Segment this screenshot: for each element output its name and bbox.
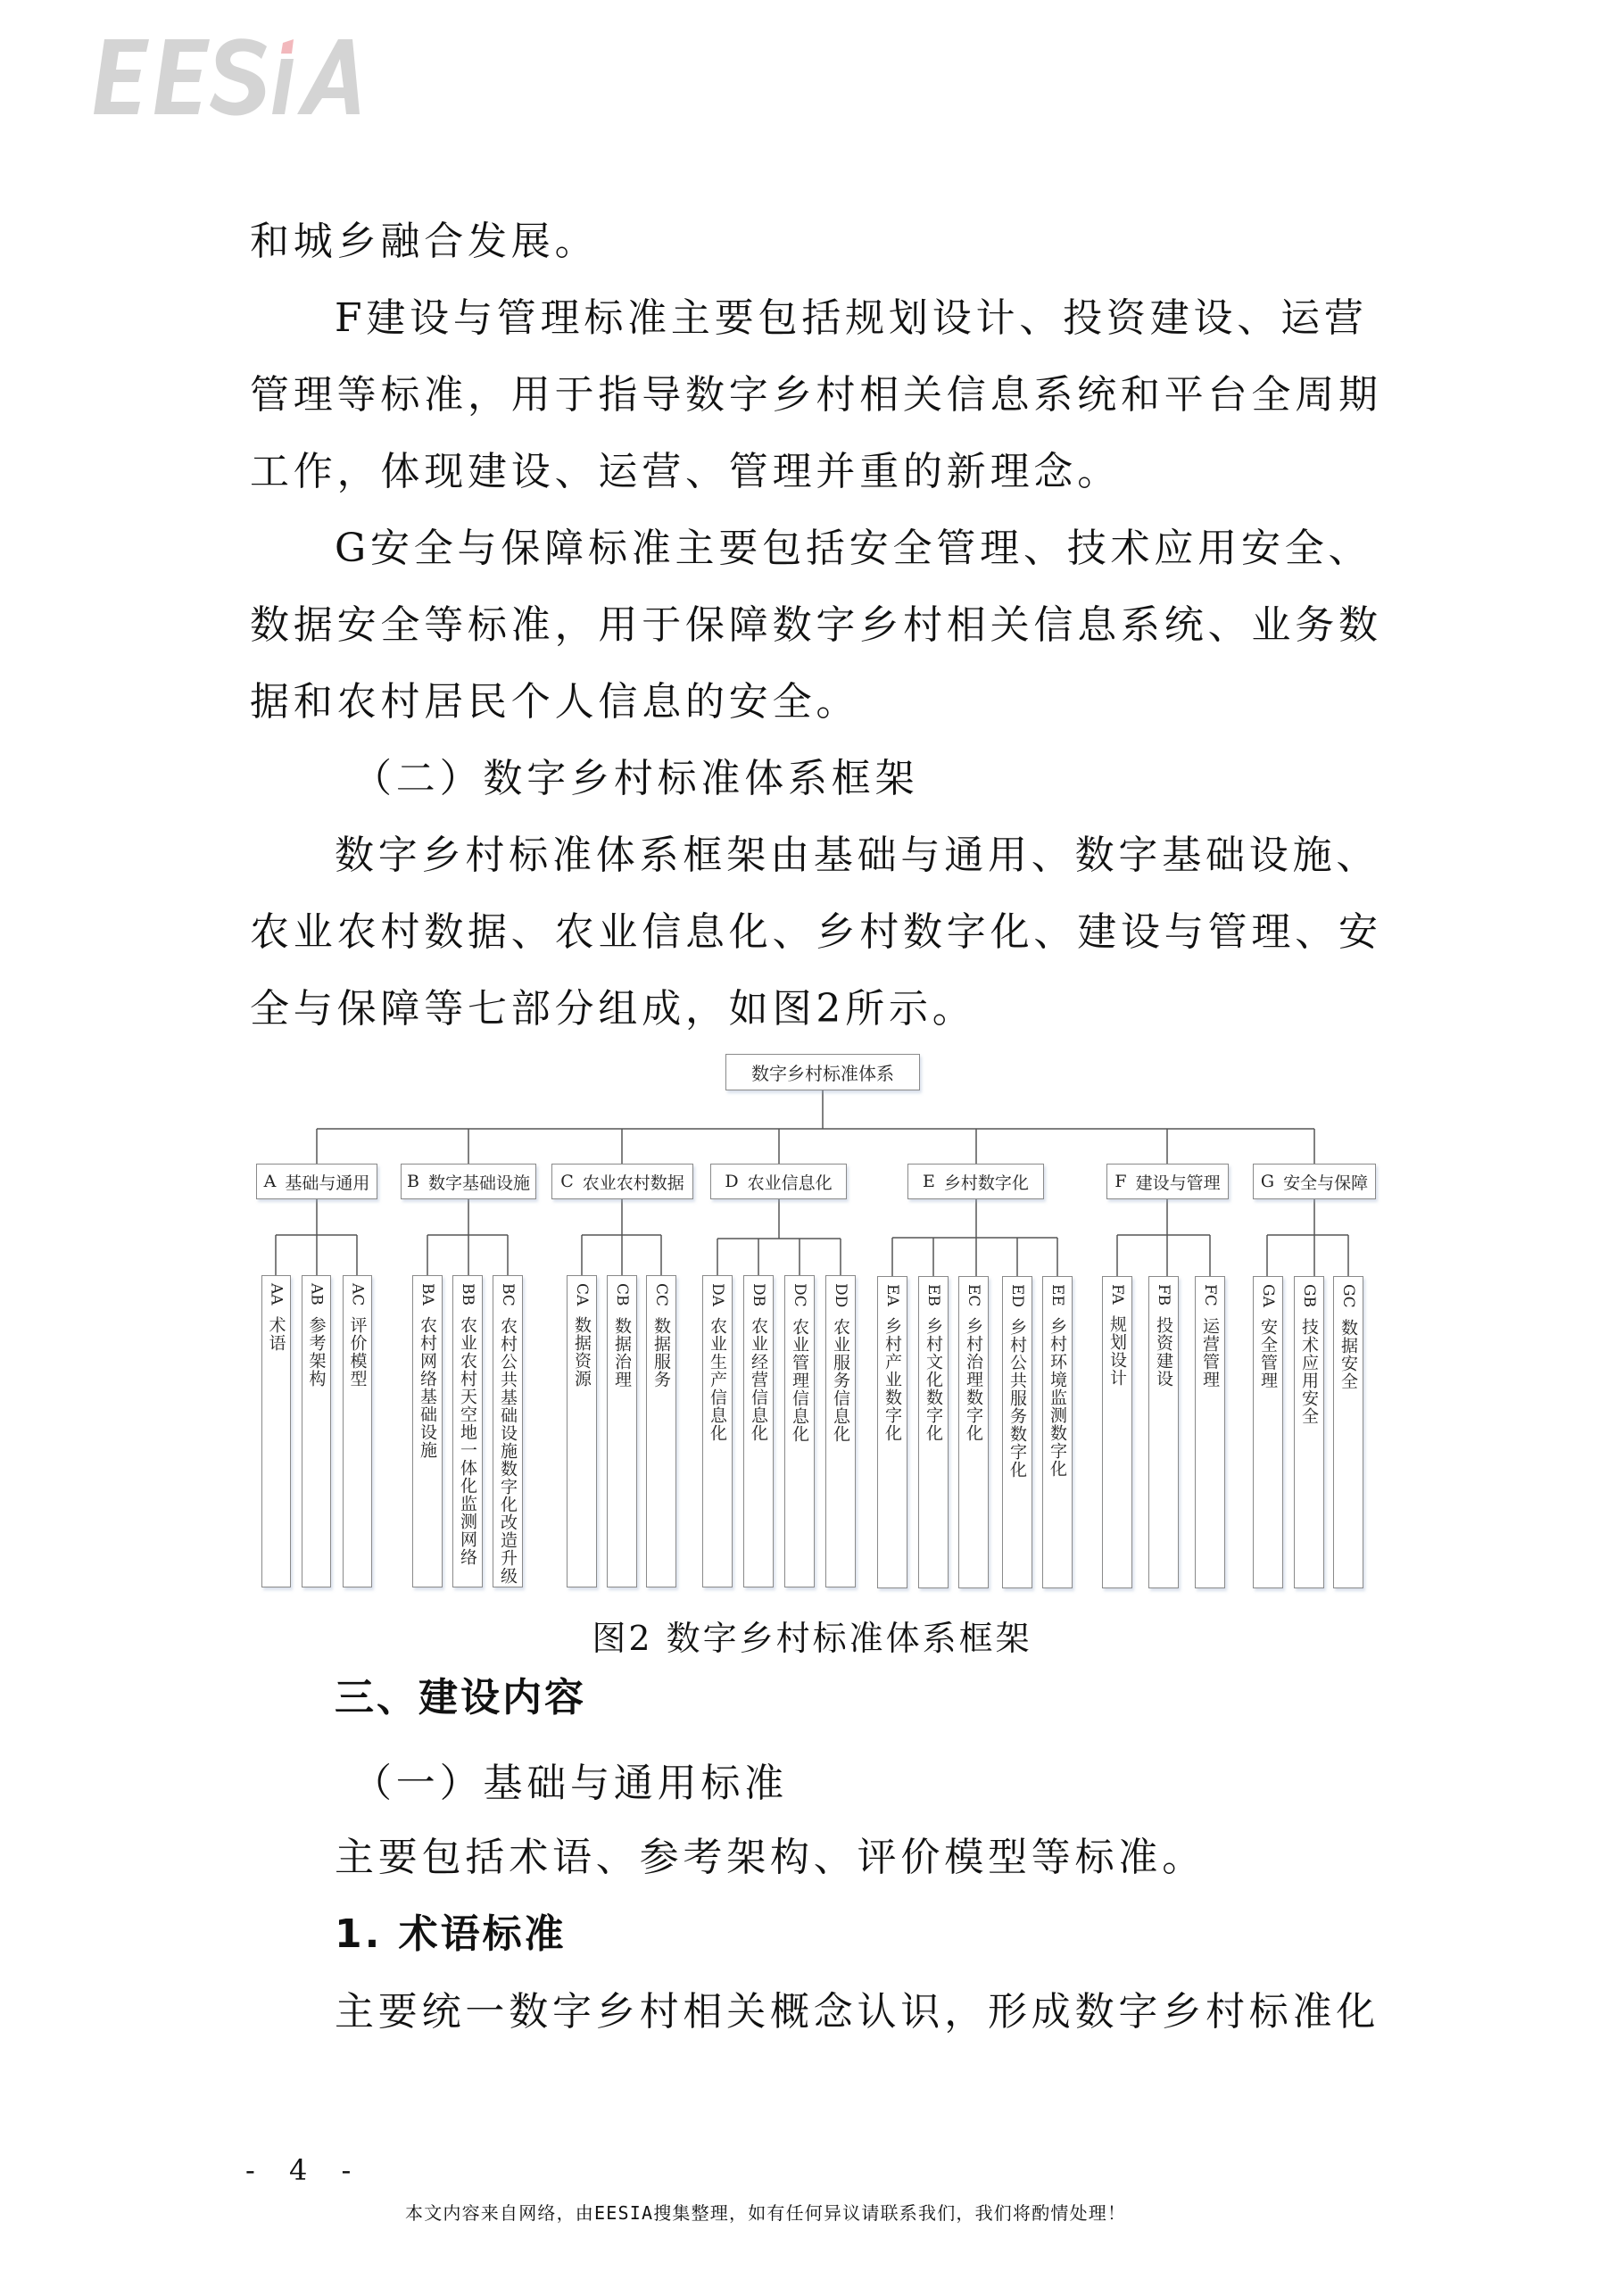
paragraph-g-line: 据和农村居民个人信息的安全。	[250, 680, 859, 725]
section-2-paragraph-line: 数字乡村标准体系框架由基础与通用、数字基础设施、	[335, 833, 1380, 878]
category-e-node: E乡村数字化	[907, 1164, 1044, 1199]
paragraph-f-line: 工作，体现建设、运营、管理并重的新理念。	[250, 450, 1121, 494]
leaf-node-fa: FA规划设计	[1102, 1276, 1132, 1588]
category-code: E	[923, 1172, 935, 1191]
leaf-code: FC	[1196, 1284, 1224, 1306]
leaf-code: DA	[703, 1283, 732, 1306]
leaf-label: 农业生产信息化	[703, 1317, 732, 1442]
subsection-1-text: 主要包括术语、参考架构、评价模型等标准。	[335, 1836, 1206, 1880]
leaf-label: 农村公共基础设施数字化改造升级	[493, 1317, 522, 1585]
leaf-label: 乡村产业数字化	[878, 1317, 907, 1442]
leaf-code: CA	[568, 1283, 596, 1305]
paragraph-f-line: F建设与管理标准主要包括规划设计、投资建设、运营	[335, 296, 1368, 341]
leaf-label: 运营管理	[1196, 1317, 1224, 1388]
leaf-label: 术语	[262, 1316, 291, 1352]
leaf-node-cb: CB数据治理	[607, 1275, 637, 1587]
leaf-code: FB	[1149, 1284, 1178, 1305]
leaf-node-bb: BB农业农村天空地一体化监测网络	[452, 1275, 483, 1587]
category-d-node: D农业信息化	[710, 1164, 847, 1199]
category-label: 建设与管理	[1136, 1170, 1221, 1194]
paragraph-f-line: 管理等标准，用于指导数字乡村相关信息系统和平台全周期	[250, 373, 1382, 418]
leaf-label: 数据资源	[568, 1316, 596, 1388]
category-f-node: F建设与管理	[1106, 1164, 1229, 1199]
category-label: 农业信息化	[748, 1170, 833, 1194]
leaf-node-ea: EA乡村产业数字化	[877, 1276, 907, 1588]
logo-accent	[281, 39, 294, 54]
leaf-label: 参考架构	[302, 1316, 331, 1388]
leaf-label: 乡村公共服务数字化	[1003, 1318, 1032, 1479]
footer-disclaimer: 本文内容来自网络，由EESIA搜集整理，如有任何异议请联系我们，我们将酌情处理！	[405, 2202, 1126, 2224]
leaf-node-dd: DD农业服务信息化	[825, 1275, 856, 1587]
root-label: 数字乡村标准体系	[751, 1059, 894, 1085]
category-label: 基础与通用	[285, 1170, 369, 1194]
category-code: D	[725, 1172, 738, 1191]
leaf-label: 数据服务	[647, 1317, 675, 1388]
diagram-root-node: 数字乡村标准体系	[725, 1054, 920, 1090]
leaf-label: 乡村治理数字化	[959, 1317, 988, 1442]
leaf-code: CC	[647, 1283, 675, 1306]
leaf-code: GB	[1295, 1284, 1323, 1307]
subsection-1-heading: （一）基础与通用标准	[352, 1761, 788, 1806]
leaf-code: AA	[262, 1283, 291, 1305]
leaf-code: BB	[453, 1283, 482, 1305]
category-code: A	[264, 1172, 277, 1191]
eesia-logo-icon	[92, 36, 388, 118]
leaf-node-aa: AA术语	[261, 1275, 291, 1587]
leaf-code: GC	[1334, 1284, 1363, 1308]
leaf-code: AB	[302, 1283, 331, 1305]
leaf-label: 农业经营信息化	[744, 1317, 773, 1442]
leaf-label: 数据安全	[1334, 1319, 1363, 1390]
leaf-node-ec: EC乡村治理数字化	[958, 1276, 989, 1588]
leaf-label: 农业服务信息化	[826, 1318, 855, 1443]
section-2-paragraph-line: 农业农村数据、农业信息化、乡村数字化、建设与管理、安	[250, 910, 1382, 955]
leaf-label: 农业农村天空地一体化监测网络	[453, 1316, 482, 1566]
category-label: 乡村数字化	[944, 1170, 1029, 1194]
section-3-heading: 三、建设内容	[335, 1676, 586, 1720]
leaf-code: AC	[344, 1283, 372, 1305]
leaf-node-ba: BA农村网络基础设施	[412, 1275, 443, 1587]
leaf-label: 规划设计	[1103, 1315, 1131, 1387]
category-c-node: C农业农村数据	[551, 1164, 693, 1199]
leaf-node-da: DA农业生产信息化	[702, 1275, 733, 1587]
category-g-node: G安全与保障	[1253, 1164, 1376, 1199]
leaf-label: 数据治理	[608, 1317, 636, 1388]
leaf-label: 乡村文化数字化	[919, 1317, 948, 1442]
leaf-code: FA	[1103, 1284, 1131, 1305]
leaf-node-ga: GA安全管理	[1253, 1276, 1283, 1588]
leaf-node-cc: CC数据服务	[646, 1275, 676, 1587]
section-2-paragraph-line: 全与保障等七部分组成，如图2所示。	[250, 987, 976, 1032]
section-2-heading: （二）数字乡村标准体系框架	[352, 757, 918, 801]
leaf-code: DC	[785, 1283, 814, 1307]
leaf-code: DD	[826, 1283, 855, 1307]
page-number: - 4 -	[245, 2154, 363, 2186]
leaf-node-bc: BC农村公共基础设施数字化改造升级	[493, 1275, 523, 1587]
leaf-label: 投资建设	[1149, 1316, 1178, 1388]
leaf-node-ac: AC评价模型	[343, 1275, 372, 1587]
diagram-connectors	[0, 0, 1624, 2296]
eesia-logo	[92, 36, 388, 118]
leaf-code: GA	[1254, 1284, 1282, 1307]
leaf-label: 安全管理	[1254, 1318, 1282, 1389]
leaf-node-ee: EE乡村环境监测数字化	[1042, 1276, 1073, 1588]
paragraph-line: 和城乡融合发展。	[250, 220, 598, 264]
figure-caption: 图2 数字乡村标准体系框架	[0, 1619, 1624, 1658]
paragraph-g-line: G安全与保障标准主要包括安全管理、技术应用安全、	[335, 526, 1371, 571]
leaf-node-eb: EB乡村文化数字化	[918, 1276, 949, 1588]
leaf-node-ed: ED乡村公共服务数字化	[1002, 1276, 1032, 1588]
category-code: B	[407, 1172, 419, 1191]
leaf-label: 技术应用安全	[1295, 1318, 1323, 1425]
leaf-code: BC	[493, 1283, 522, 1306]
category-code: F	[1114, 1172, 1126, 1191]
paragraph-g-line: 数据安全等标准，用于保障数字乡村相关信息系统、业务数	[250, 603, 1382, 648]
leaf-code: EA	[878, 1284, 907, 1306]
leaf-node-db: DB农业经营信息化	[743, 1275, 774, 1587]
leaf-code: CB	[608, 1283, 636, 1306]
leaf-code: EE	[1043, 1284, 1072, 1306]
item-1-text: 主要统一数字乡村相关概念认识，形成数字乡村标准化	[335, 1990, 1380, 2035]
leaf-label: 乡村环境监测数字化	[1043, 1317, 1072, 1478]
category-label: 安全与保障	[1283, 1170, 1368, 1194]
leaf-label: 评价模型	[344, 1316, 372, 1388]
leaf-node-ab: AB参考架构	[302, 1275, 331, 1587]
category-label: 数字基础设施	[428, 1170, 530, 1194]
leaf-node-ca: CA数据资源	[567, 1275, 597, 1587]
standards-framework-diagram: 数字乡村标准体系 A基础与通用 B数字基础设施 C农业农村数据 D农业信息化 E…	[0, 0, 1624, 2296]
leaf-node-fc: FC运营管理	[1195, 1276, 1225, 1588]
category-code: G	[1261, 1172, 1274, 1191]
category-a-node: A基础与通用	[256, 1164, 377, 1199]
leaf-code: EB	[919, 1284, 948, 1306]
leaf-code: DB	[744, 1283, 773, 1306]
category-label: 农业农村数据	[583, 1170, 684, 1194]
category-b-node: B数字基础设施	[401, 1164, 536, 1199]
item-1-heading: 1. 术语标准	[335, 1912, 567, 1957]
leaf-label: 农业管理信息化	[785, 1318, 814, 1443]
leaf-code: BA	[413, 1283, 442, 1305]
leaf-node-gb: GB技术应用安全	[1294, 1276, 1324, 1588]
leaf-label: 农村网络基础设施	[413, 1316, 442, 1459]
leaf-node-dc: DC农业管理信息化	[784, 1275, 815, 1587]
category-code: C	[560, 1172, 574, 1191]
leaf-node-gc: GC数据安全	[1333, 1276, 1363, 1588]
leaf-code: EC	[959, 1284, 988, 1306]
leaf-node-fb: FB投资建设	[1148, 1276, 1179, 1588]
leaf-code: ED	[1003, 1284, 1032, 1307]
